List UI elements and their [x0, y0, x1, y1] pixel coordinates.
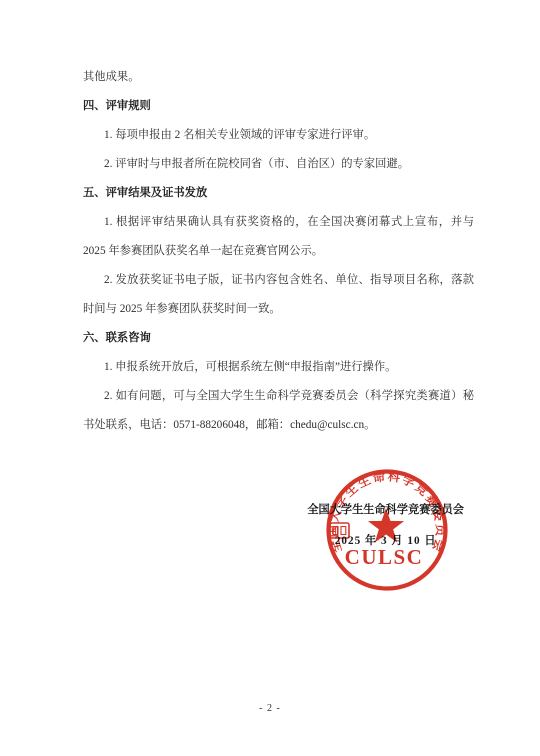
section-heading-6: 六、联系咨询 — [83, 324, 474, 353]
paragraph: 1. 每项申报由 2 名相关专业领域的评审专家进行评审。 — [83, 121, 474, 150]
paragraph: 2. 如有问题，可与全国大学生生命科学竞赛委员会（科学探究类赛道）秘书处联系，电… — [83, 382, 474, 440]
seal-star-icon — [368, 508, 404, 542]
paragraph-continuation: 其他成果。 — [83, 63, 474, 92]
paragraph: 2. 发放获奖证书电子版，证书内容包含姓名、单位、指导项目名称，落款时间与 20… — [83, 266, 474, 324]
section-heading-5: 五、评审结果及证书发放 — [83, 179, 474, 208]
official-seal: 全国大学生生命科学竞赛委员会 CULSC — [319, 462, 455, 598]
paragraph: 2. 评审时与申报者所在院校同省（市、自治区）的专家回避。 — [83, 150, 474, 179]
document-body: 其他成果。 四、评审规则 1. 每项申报由 2 名相关专业领域的评审专家进行评审… — [83, 63, 474, 440]
paragraph: 1. 申报系统开放后，可根据系统左侧“申报指南”进行操作。 — [83, 353, 474, 382]
section-heading-4: 四、评审规则 — [83, 92, 474, 121]
paragraph: 1. 根据评审结果确认具有获奖资格的，在全国决赛闭幕式上宣布，并与 2025 年… — [83, 208, 474, 266]
scanned-document-page: { "document": { "continuation_text": "其他… — [0, 0, 540, 756]
page-number: - 2 - — [0, 703, 540, 714]
seal-acronym: CULSC — [345, 545, 424, 569]
